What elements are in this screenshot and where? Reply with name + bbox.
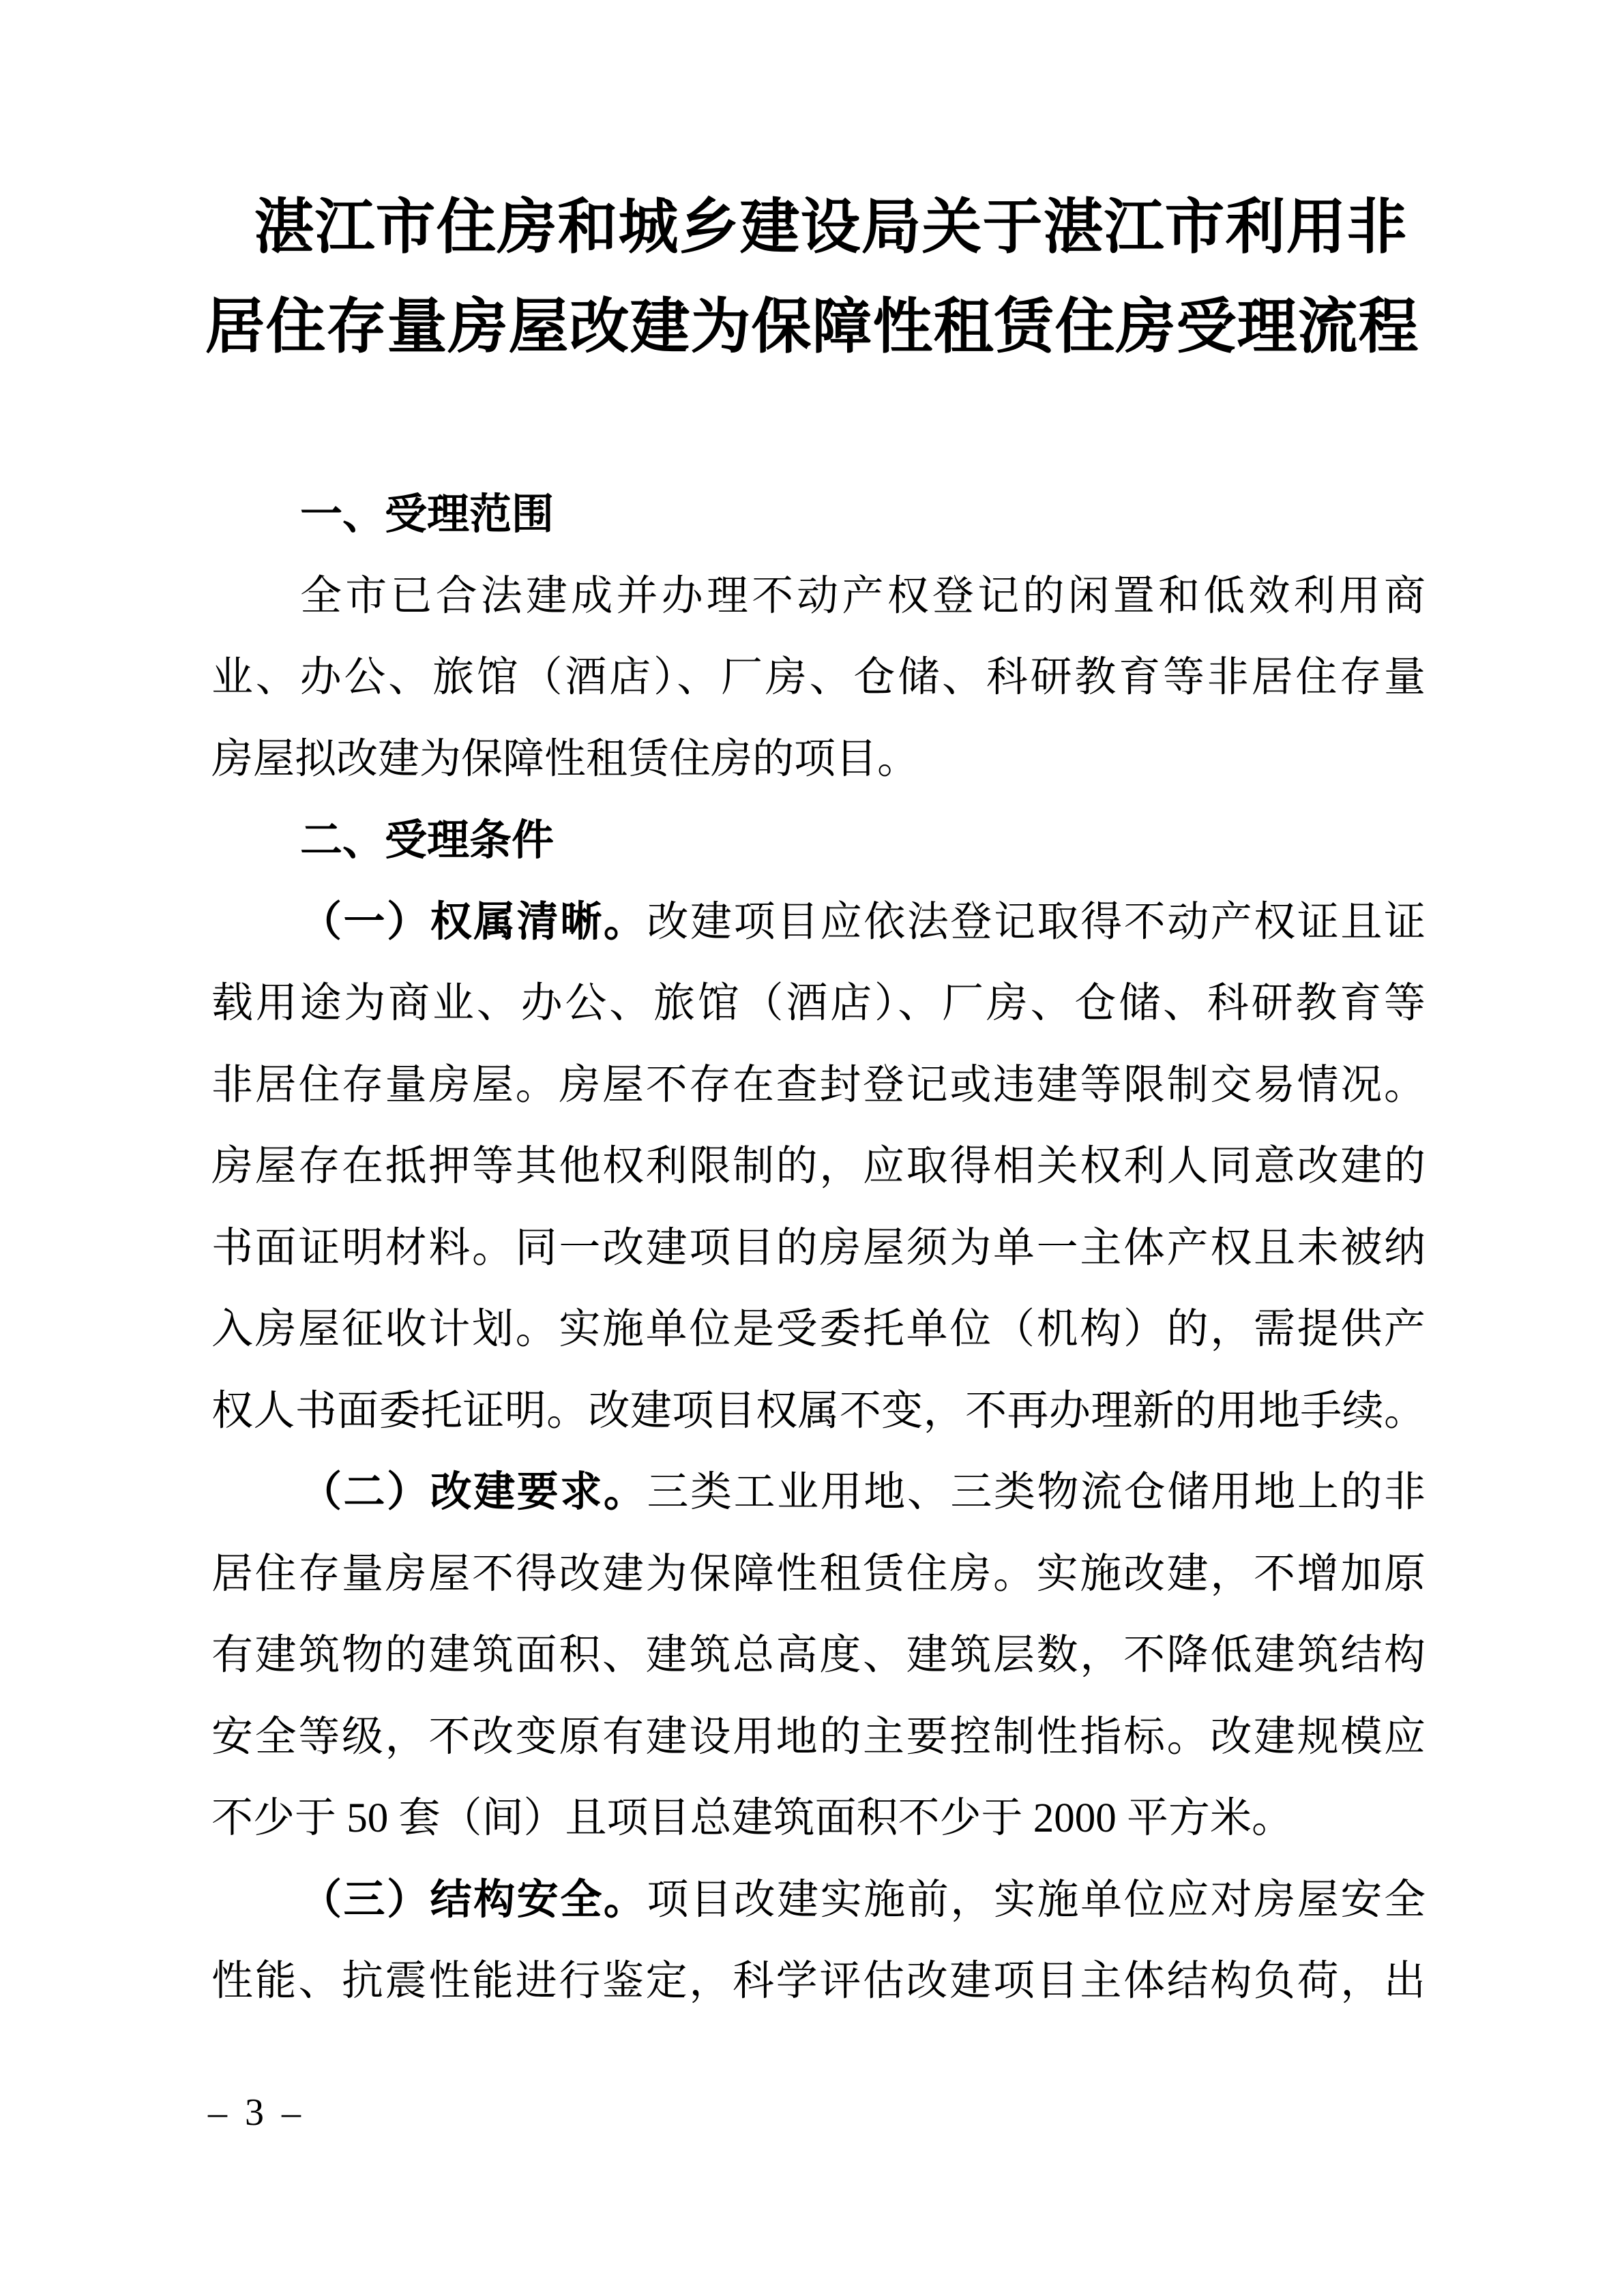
page-number: – 3 – xyxy=(208,2085,305,2140)
body-line: （二）改建要求。三类工业用地、三类物流仓储用地上的非 xyxy=(211,1452,1426,1534)
clause-title: （二）改建要求。 xyxy=(300,1470,647,1515)
clause-text: 改建项目应依法登记取得不动产权证且证 xyxy=(647,899,1426,945)
body-line: 入房屋征收计划。实施单位是受委托单位（机构）的，需提供产 xyxy=(211,1289,1426,1371)
document-body: 一、受理范围 全市已合法建成并办理不动产权登记的闲置和低效利用商 业、办公、旅馆… xyxy=(211,474,1426,2023)
body-line: 业、办公、旅馆（酒店）、厂房、仓储、科研教育等非居住存量 xyxy=(211,637,1426,719)
document-title: 湛江市住房和城乡建设局关于湛江市利用非 居住存量房屋改建为保障性租赁住房受理流程 xyxy=(0,179,1624,378)
body-line: 全市已合法建成并办理不动产权登记的闲置和低效利用商 xyxy=(211,556,1426,638)
clause-text: 项目改建实施前，实施单位应对房屋安全 xyxy=(647,1877,1426,1923)
title-line-1: 湛江市住房和城乡建设局关于湛江市利用非 xyxy=(0,179,1624,278)
body-line: 性能、抗震性能进行鉴定，科学评估改建项目主体结构负荷，出 xyxy=(211,1941,1426,2023)
body-line: （一）权属清晰。改建项目应依法登记取得不动产权证且证 xyxy=(211,882,1426,964)
title-line-2: 居住存量房屋改建为保障性租赁住房受理流程 xyxy=(0,278,1624,378)
section-heading-1: 一、受理范围 xyxy=(211,474,1426,556)
body-line: 载用途为商业、办公、旅馆（酒店）、厂房、仓储、科研教育等 xyxy=(211,963,1426,1045)
body-line: 房屋存在抵押等其他权利限制的，应取得相关权利人同意改建的 xyxy=(211,1126,1426,1208)
section-heading-2: 二、受理条件 xyxy=(211,800,1426,882)
document-page: 湛江市住房和城乡建设局关于湛江市利用非 居住存量房屋改建为保障性租赁住房受理流程… xyxy=(0,0,1624,2296)
body-line: 书面证明材料。同一改建项目的房屋须为单一主体产权且未被纳 xyxy=(211,1208,1426,1289)
clause-title: （一）权属清晰。 xyxy=(300,899,647,945)
body-line: 有建筑物的建筑面积、建筑总高度、建筑层数，不降低建筑结构 xyxy=(211,1615,1426,1697)
body-line: 房屋拟改建为保障性租赁住房的项目。 xyxy=(211,719,1426,801)
body-line: 安全等级，不改变原有建设用地的主要控制性指标。改建规模应 xyxy=(211,1697,1426,1778)
body-line: 不少于 50 套（间）且项目总建筑面积不少于 2000 平方米。 xyxy=(211,1778,1426,1860)
clause-title: （三）结构安全。 xyxy=(300,1877,647,1923)
body-line: 非居住存量房屋。房屋不存在查封登记或违建等限制交易情况。 xyxy=(211,1045,1426,1127)
clause-text: 三类工业用地、三类物流仓储用地上的非 xyxy=(647,1470,1426,1515)
body-line: 居住存量房屋不得改建为保障性租赁住房。实施改建，不增加原 xyxy=(211,1534,1426,1615)
body-line: 权人书面委托证明。改建项目权属不变，不再办理新的用地手续。 xyxy=(211,1371,1426,1452)
body-line: （三）结构安全。项目改建实施前，实施单位应对房屋安全 xyxy=(211,1860,1426,1941)
